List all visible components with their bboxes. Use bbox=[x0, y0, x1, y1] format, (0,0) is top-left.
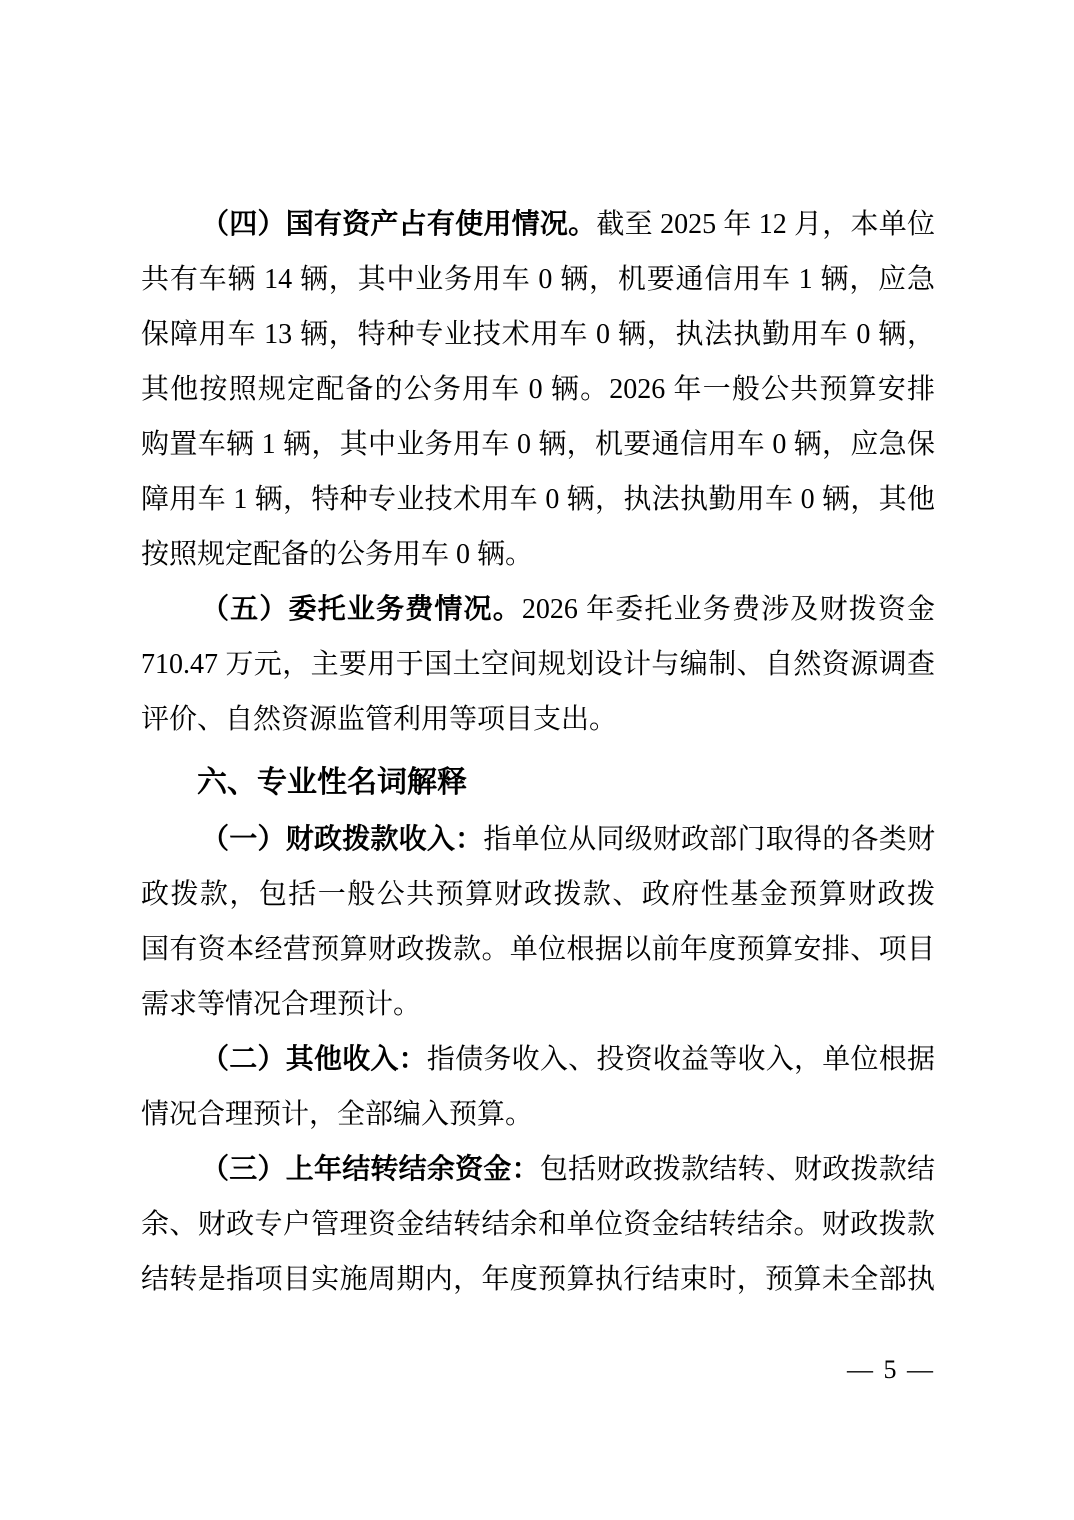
paragraph-lead-bold: （五）委托业务费情况。 bbox=[201, 594, 522, 625]
paragraph-line: 710.47 万元，主要用于国土空间规划设计与编制、自然资源调查 bbox=[141, 637, 935, 692]
paragraph-text: 2026 年委托业务费涉及财拨资金 bbox=[522, 594, 935, 625]
paragraph-consigned-fee: （五）委托业务费情况。2026 年委托业务费涉及财拨资金 710.47 万元，主… bbox=[141, 582, 935, 747]
document-page: （四）国有资产占有使用情况。截至 2025 年 12 月，本单位 共有车辆 14… bbox=[0, 0, 1074, 1520]
paragraph-line: （三）上年结转结余资金：包括财政拨款结转、财政拨款结 bbox=[141, 1142, 935, 1197]
term-other-income: （二）其他收入：指债务收入、投资收益等收入，单位根据 情况合理预计，全部编入预算… bbox=[141, 1032, 935, 1142]
paragraph-line: 余、财政专户管理资金结转结余和单位资金结转结余。财政拨款 bbox=[141, 1197, 935, 1252]
paragraph-line: （五）委托业务费情况。2026 年委托业务费涉及财拨资金 bbox=[141, 582, 935, 637]
paragraph-line: 政拨款，包括一般公共预算财政拨款、政府性基金预算财政拨款、 bbox=[141, 867, 935, 922]
paragraph-line: 评价、自然资源监管利用等项目支出。 bbox=[141, 692, 935, 747]
paragraph-lead-bold: （一）财政拨款收入： bbox=[201, 824, 483, 855]
paragraph-line: 需求等情况合理预计。 bbox=[141, 977, 935, 1032]
paragraph-line: （二）其他收入：指债务收入、投资收益等收入，单位根据 bbox=[141, 1032, 935, 1087]
term-fiscal-appropriation: （一）财政拨款收入：指单位从同级财政部门取得的各类财 政拨款，包括一般公共预算财… bbox=[141, 812, 935, 1032]
paragraph-text: 包括财政拨款结转、财政拨款结 bbox=[540, 1154, 935, 1185]
paragraph-text: 指债务收入、投资收益等收入，单位根据 bbox=[427, 1044, 935, 1075]
paragraph-text: 指单位从同级财政部门取得的各类财 bbox=[483, 824, 935, 855]
paragraph-lead-bold: （三）上年结转结余资金： bbox=[201, 1154, 540, 1185]
paragraph-line: 按照规定配备的公务用车 0 辆。 bbox=[141, 527, 935, 582]
paragraph-line: 购置车辆 1 辆，其中业务用车 0 辆，机要通信用车 0 辆，应急保 bbox=[141, 417, 935, 472]
paragraph-line: 其他按照规定配备的公务用车 0 辆。2026 年一般公共预算安排 bbox=[141, 362, 935, 417]
paragraph-text: 截至 2025 年 12 月，本单位 bbox=[596, 209, 935, 240]
paragraph-line: 结转是指项目实施周期内，年度预算执行结束时，预算未全部执 bbox=[141, 1252, 935, 1307]
term-carryover-funds: （三）上年结转结余资金：包括财政拨款结转、财政拨款结 余、财政专户管理资金结转结… bbox=[141, 1142, 935, 1307]
paragraph-line: 共有车辆 14 辆，其中业务用车 0 辆，机要通信用车 1 辆，应急 bbox=[141, 252, 935, 307]
paragraph-line: 保障用车 13 辆，特种专业技术用车 0 辆，执法执勤用车 0 辆， bbox=[141, 307, 935, 362]
paragraph-line: 国有资本经营预算财政拨款。单位根据以前年度预算安排、项目 bbox=[141, 922, 935, 977]
paragraph-assets: （四）国有资产占有使用情况。截至 2025 年 12 月，本单位 共有车辆 14… bbox=[141, 197, 935, 582]
paragraph-line: 障用车 1 辆，特种专业技术用车 0 辆，执法执勤用车 0 辆，其他 bbox=[141, 472, 935, 527]
paragraph-lead-bold: （二）其他收入： bbox=[201, 1044, 427, 1075]
paragraph-line: （四）国有资产占有使用情况。截至 2025 年 12 月，本单位 bbox=[141, 197, 935, 252]
page-number: — 5 — bbox=[847, 1354, 935, 1386]
paragraph-line: （一）财政拨款收入：指单位从同级财政部门取得的各类财 bbox=[141, 812, 935, 867]
section-heading-terms: 六、专业性名词解释 bbox=[141, 755, 935, 810]
paragraph-lead-bold: （四）国有资产占有使用情况。 bbox=[201, 209, 596, 240]
document-body: （四）国有资产占有使用情况。截至 2025 年 12 月，本单位 共有车辆 14… bbox=[141, 197, 935, 1307]
paragraph-line: 情况合理预计，全部编入预算。 bbox=[141, 1087, 935, 1142]
